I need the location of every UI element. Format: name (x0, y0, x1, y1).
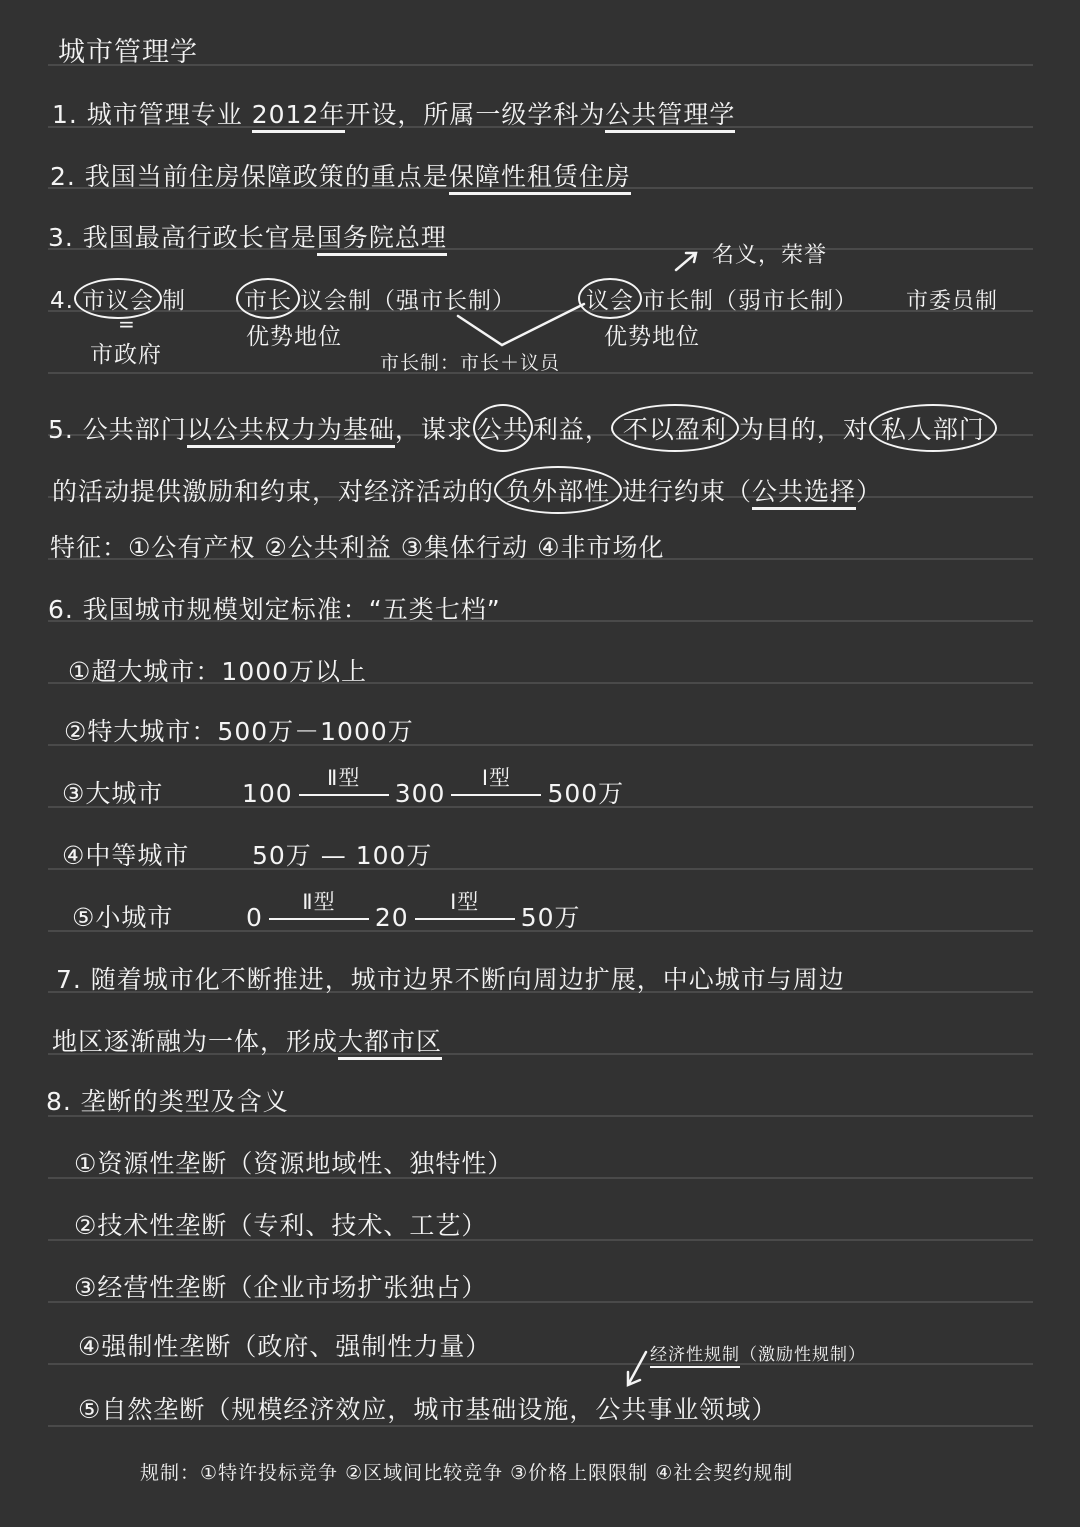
connector-line (458, 304, 584, 345)
arrow-icon (676, 253, 696, 270)
annotation-strokes (0, 0, 1080, 1527)
arrow-icon (628, 1352, 646, 1385)
